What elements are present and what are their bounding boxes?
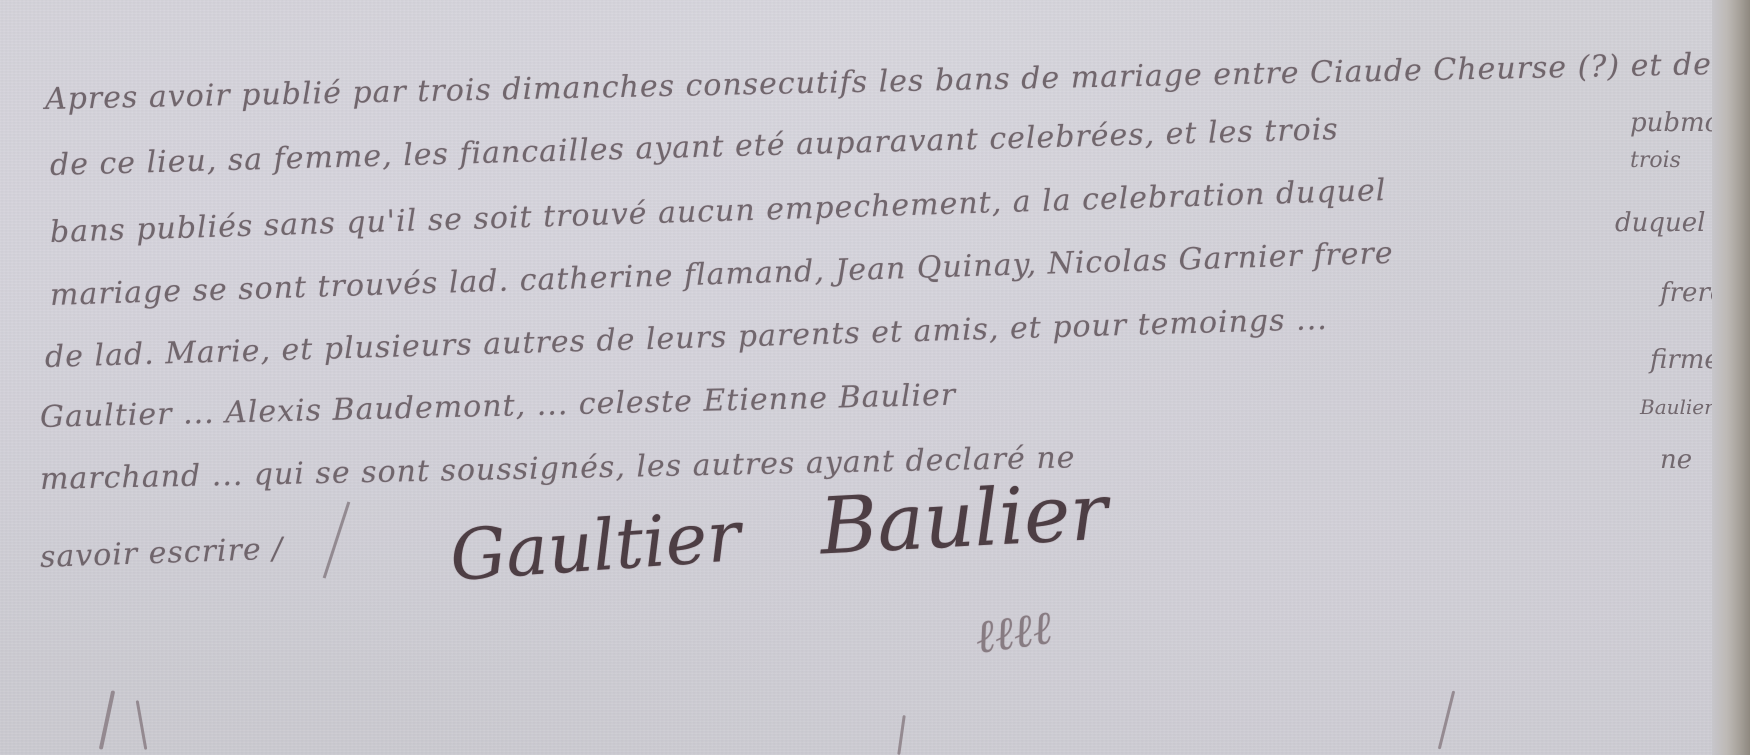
- text-line-5: de lad. Marie, et plusieurs autres de le…: [44, 302, 1328, 375]
- text-line-3: bans publiés sans qu'il se soit trouvé a…: [49, 173, 1386, 250]
- margin-note-3: duquel: [1615, 208, 1705, 238]
- end-mark: [323, 501, 351, 578]
- ink-stroke: [1438, 691, 1455, 750]
- margin-note-1: pubmo: [1630, 108, 1720, 138]
- text-line-1-content: Apres avoir publié par trois dimanches c…: [45, 37, 1750, 117]
- margin-note-2: trois: [1630, 148, 1681, 173]
- text-line-2: de ce lieu, sa femme, les fiancailles ay…: [50, 112, 1340, 183]
- next-entry-fragment: [0, 690, 1712, 755]
- document-page: Apres avoir publié par trois dimanches c…: [0, 0, 1712, 755]
- ink-stroke: [136, 700, 148, 750]
- signature-flourish: ℓℓℓℓ: [972, 600, 1055, 664]
- ink-stroke: [99, 690, 115, 750]
- text-line-5-content: de lad. Marie, et plusieurs autres de le…: [44, 302, 1328, 375]
- paper-texture: [0, 0, 1712, 755]
- text-line-8: savoir escrire /: [39, 532, 283, 575]
- text-line-4-content: mariage se sont trouvés lad. catherine f…: [49, 236, 1394, 313]
- page-edge: [1712, 0, 1750, 755]
- margin-note-6: Baulier: [1640, 395, 1714, 419]
- text-line-3-content: bans publiés sans qu'il se soit trouvé a…: [49, 173, 1386, 250]
- text-line-2-content: de ce lieu, sa femme, les fiancailles ay…: [50, 112, 1340, 183]
- margin-note-7: ne: [1660, 445, 1692, 475]
- ink-stroke: [897, 715, 906, 755]
- text-line-6: Gaultier ... Alexis Baudemont, ... celes…: [40, 378, 957, 435]
- text-line-4: mariage se sont trouvés lad. catherine f…: [49, 236, 1394, 313]
- signature-baulier: Baulier: [818, 468, 1110, 573]
- text-line-1: Apres avoir publié par trois dimanches c…: [45, 48, 1685, 117]
- signature-gaultier: Gaultier: [447, 495, 743, 597]
- text-line-6-content: Gaultier ... Alexis Baudemont, ... celes…: [40, 378, 957, 435]
- text-line-8-content: savoir escrire /: [39, 532, 283, 575]
